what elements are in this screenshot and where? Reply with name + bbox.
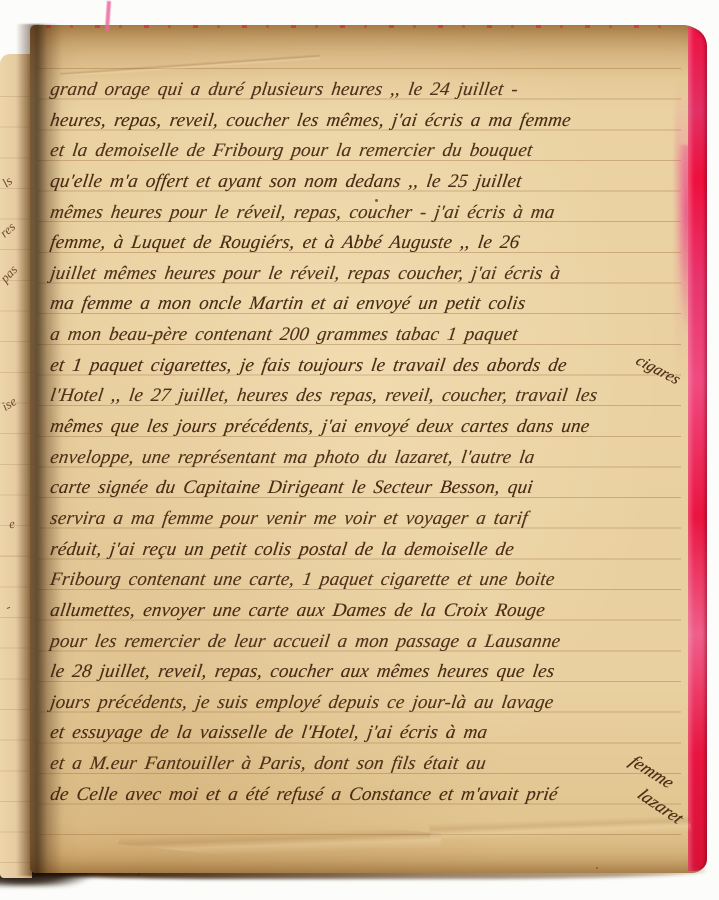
handwriting-line: de Celle avec moi et a été refusé a Cons… [48, 780, 694, 811]
handwriting-line: et la demoiselle de Fribourg pour la rem… [48, 136, 694, 167]
handwriting-line: enveloppe, une représentant ma photo du … [48, 443, 694, 474]
handwriting-line: allumettes, envoyer une carte aux Dames … [48, 596, 694, 627]
handwriting-line: ma femme a mon oncle Martin et ai envoyé… [48, 289, 694, 320]
handwriting-line: servira a ma femme pour venir me voir et… [48, 504, 694, 535]
previous-page-edge: ls res pas ise e - [0, 54, 32, 878]
handwriting-line: jours précédents, je suis employé depuis… [48, 688, 694, 719]
handwriting-line: pour les remercier de leur accueil a mon… [48, 627, 694, 658]
handwriting-line: heures, repas, reveil, coucher les mêmes… [48, 106, 694, 137]
previous-page-ruled-lines [0, 96, 32, 876]
handwriting-line: mêmes heures pour le réveil, repas, couc… [48, 198, 694, 229]
handwriting-line: réduit, j'ai reçu un petit colis postal … [48, 535, 694, 566]
handwriting-line: a mon beau-père contenant 200 grammes ta… [48, 320, 694, 351]
handwriting-line: et a M.eur Fantouiller à Paris, dont son… [48, 749, 694, 780]
handwriting-line: Fribourg contenant une carte, 1 paquet c… [48, 565, 694, 596]
handwriting-line: mêmes que les jours précédents, j'ai env… [48, 412, 694, 443]
ink-speck [596, 867, 598, 869]
handwriting-line: le 28 juillet, reveil, repas, coucher au… [48, 657, 694, 688]
ink-speck [375, 199, 378, 202]
handwriting-line: l'Hotel ,, le 27 juillet, heures des rep… [48, 381, 694, 412]
handwriting-line: et essuyage de la vaisselle de l'Hotel, … [48, 718, 694, 749]
handwriting-block: grand orage qui a duré plusieurs heures … [48, 75, 690, 810]
handwriting-line: qu'elle m'a offert et ayant son nom deda… [48, 167, 694, 198]
ink-speck [137, 873, 140, 876]
handwriting-line: femme, à Luquet de Rougiérs, et à Abbé A… [48, 228, 694, 259]
diary-page: grand orage qui a duré plusieurs heures … [30, 25, 707, 873]
handwriting-line: et 1 paquet cigarettes, je fais toujours… [48, 351, 694, 382]
red-edge-specks [46, 25, 681, 28]
handwriting-line: juillet mêmes heures pour le réveil, rep… [48, 259, 694, 290]
handwriting-line: carte signée du Capitaine Dirigeant le S… [48, 473, 694, 504]
handwriting-line: grand orage qui a duré plusieurs heures … [48, 75, 694, 106]
